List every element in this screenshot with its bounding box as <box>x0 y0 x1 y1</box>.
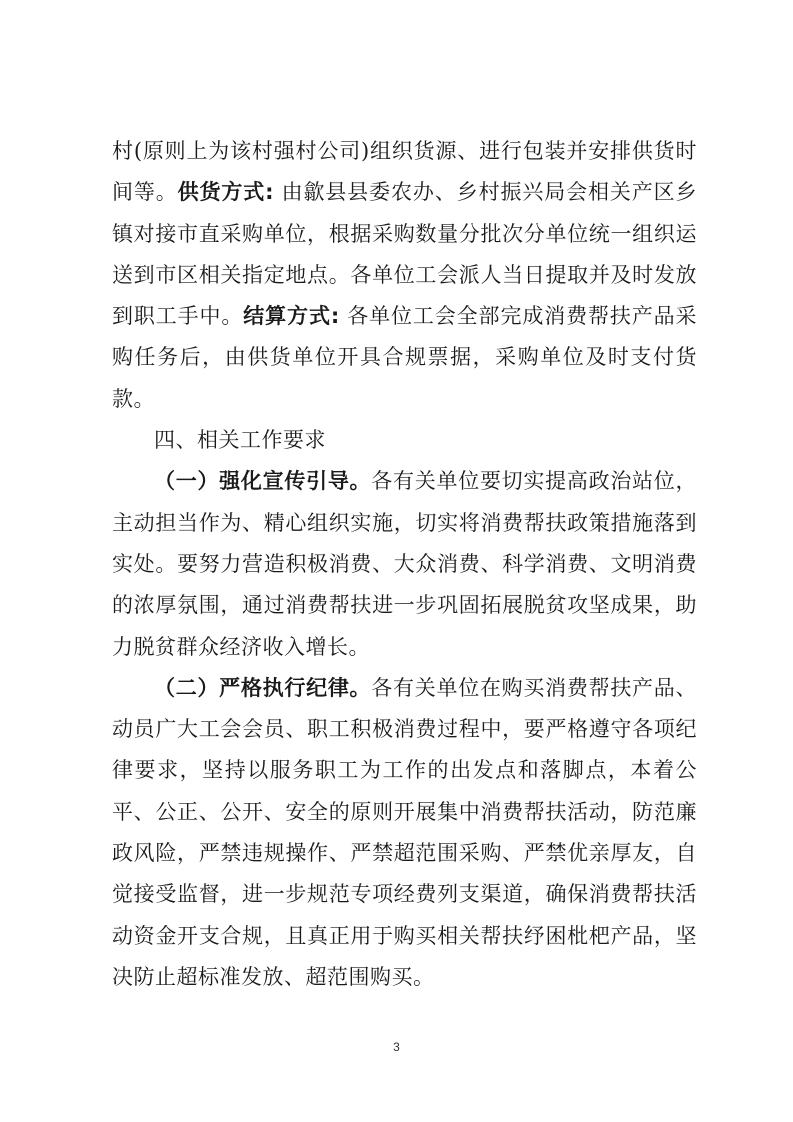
paragraph-item-2: （二）严格执行纪律。各有关单位在购买消费帮扶产品、动员广大工会会员、职工积极消费… <box>112 668 697 998</box>
paragraph-item-1: （一）强化宣传引导。各有关单位要切实提高政治站位，主动担当作为、精心组织实施，切… <box>112 461 697 667</box>
document-body: 村(原则上为该村强村公司)组织货源、进行包装并安排供货时间等。供货方式: 由歙县… <box>112 131 697 998</box>
item-1-title: （一）强化宣传引导。 <box>154 469 371 493</box>
item-1-body: 各有关单位要切实提高政治站位，主动担当作为、精心组织实施，切实将消费帮扶政策措施… <box>112 469 697 658</box>
document-page: 村(原则上为该村强村公司)组织货源、进行包装并安排供货时间等。供货方式: 由歙县… <box>0 0 793 1122</box>
page-number: 3 <box>0 1040 793 1054</box>
item-2-title: （二）严格执行纪律。 <box>154 676 371 700</box>
supply-method-label: 供货方式: <box>178 180 274 204</box>
paragraph-supply-settlement: 村(原则上为该村强村公司)组织货源、进行包装并安排供货时间等。供货方式: 由歙县… <box>112 131 697 420</box>
section-heading-work-requirements: 四、相关工作要求 <box>112 420 697 461</box>
settlement-method-label: 结算方式: <box>243 304 339 328</box>
item-2-body: 各有关单位在购买消费帮扶产品、动员广大工会会员、职工积极消费过程中，要严格遵守各… <box>112 676 697 989</box>
